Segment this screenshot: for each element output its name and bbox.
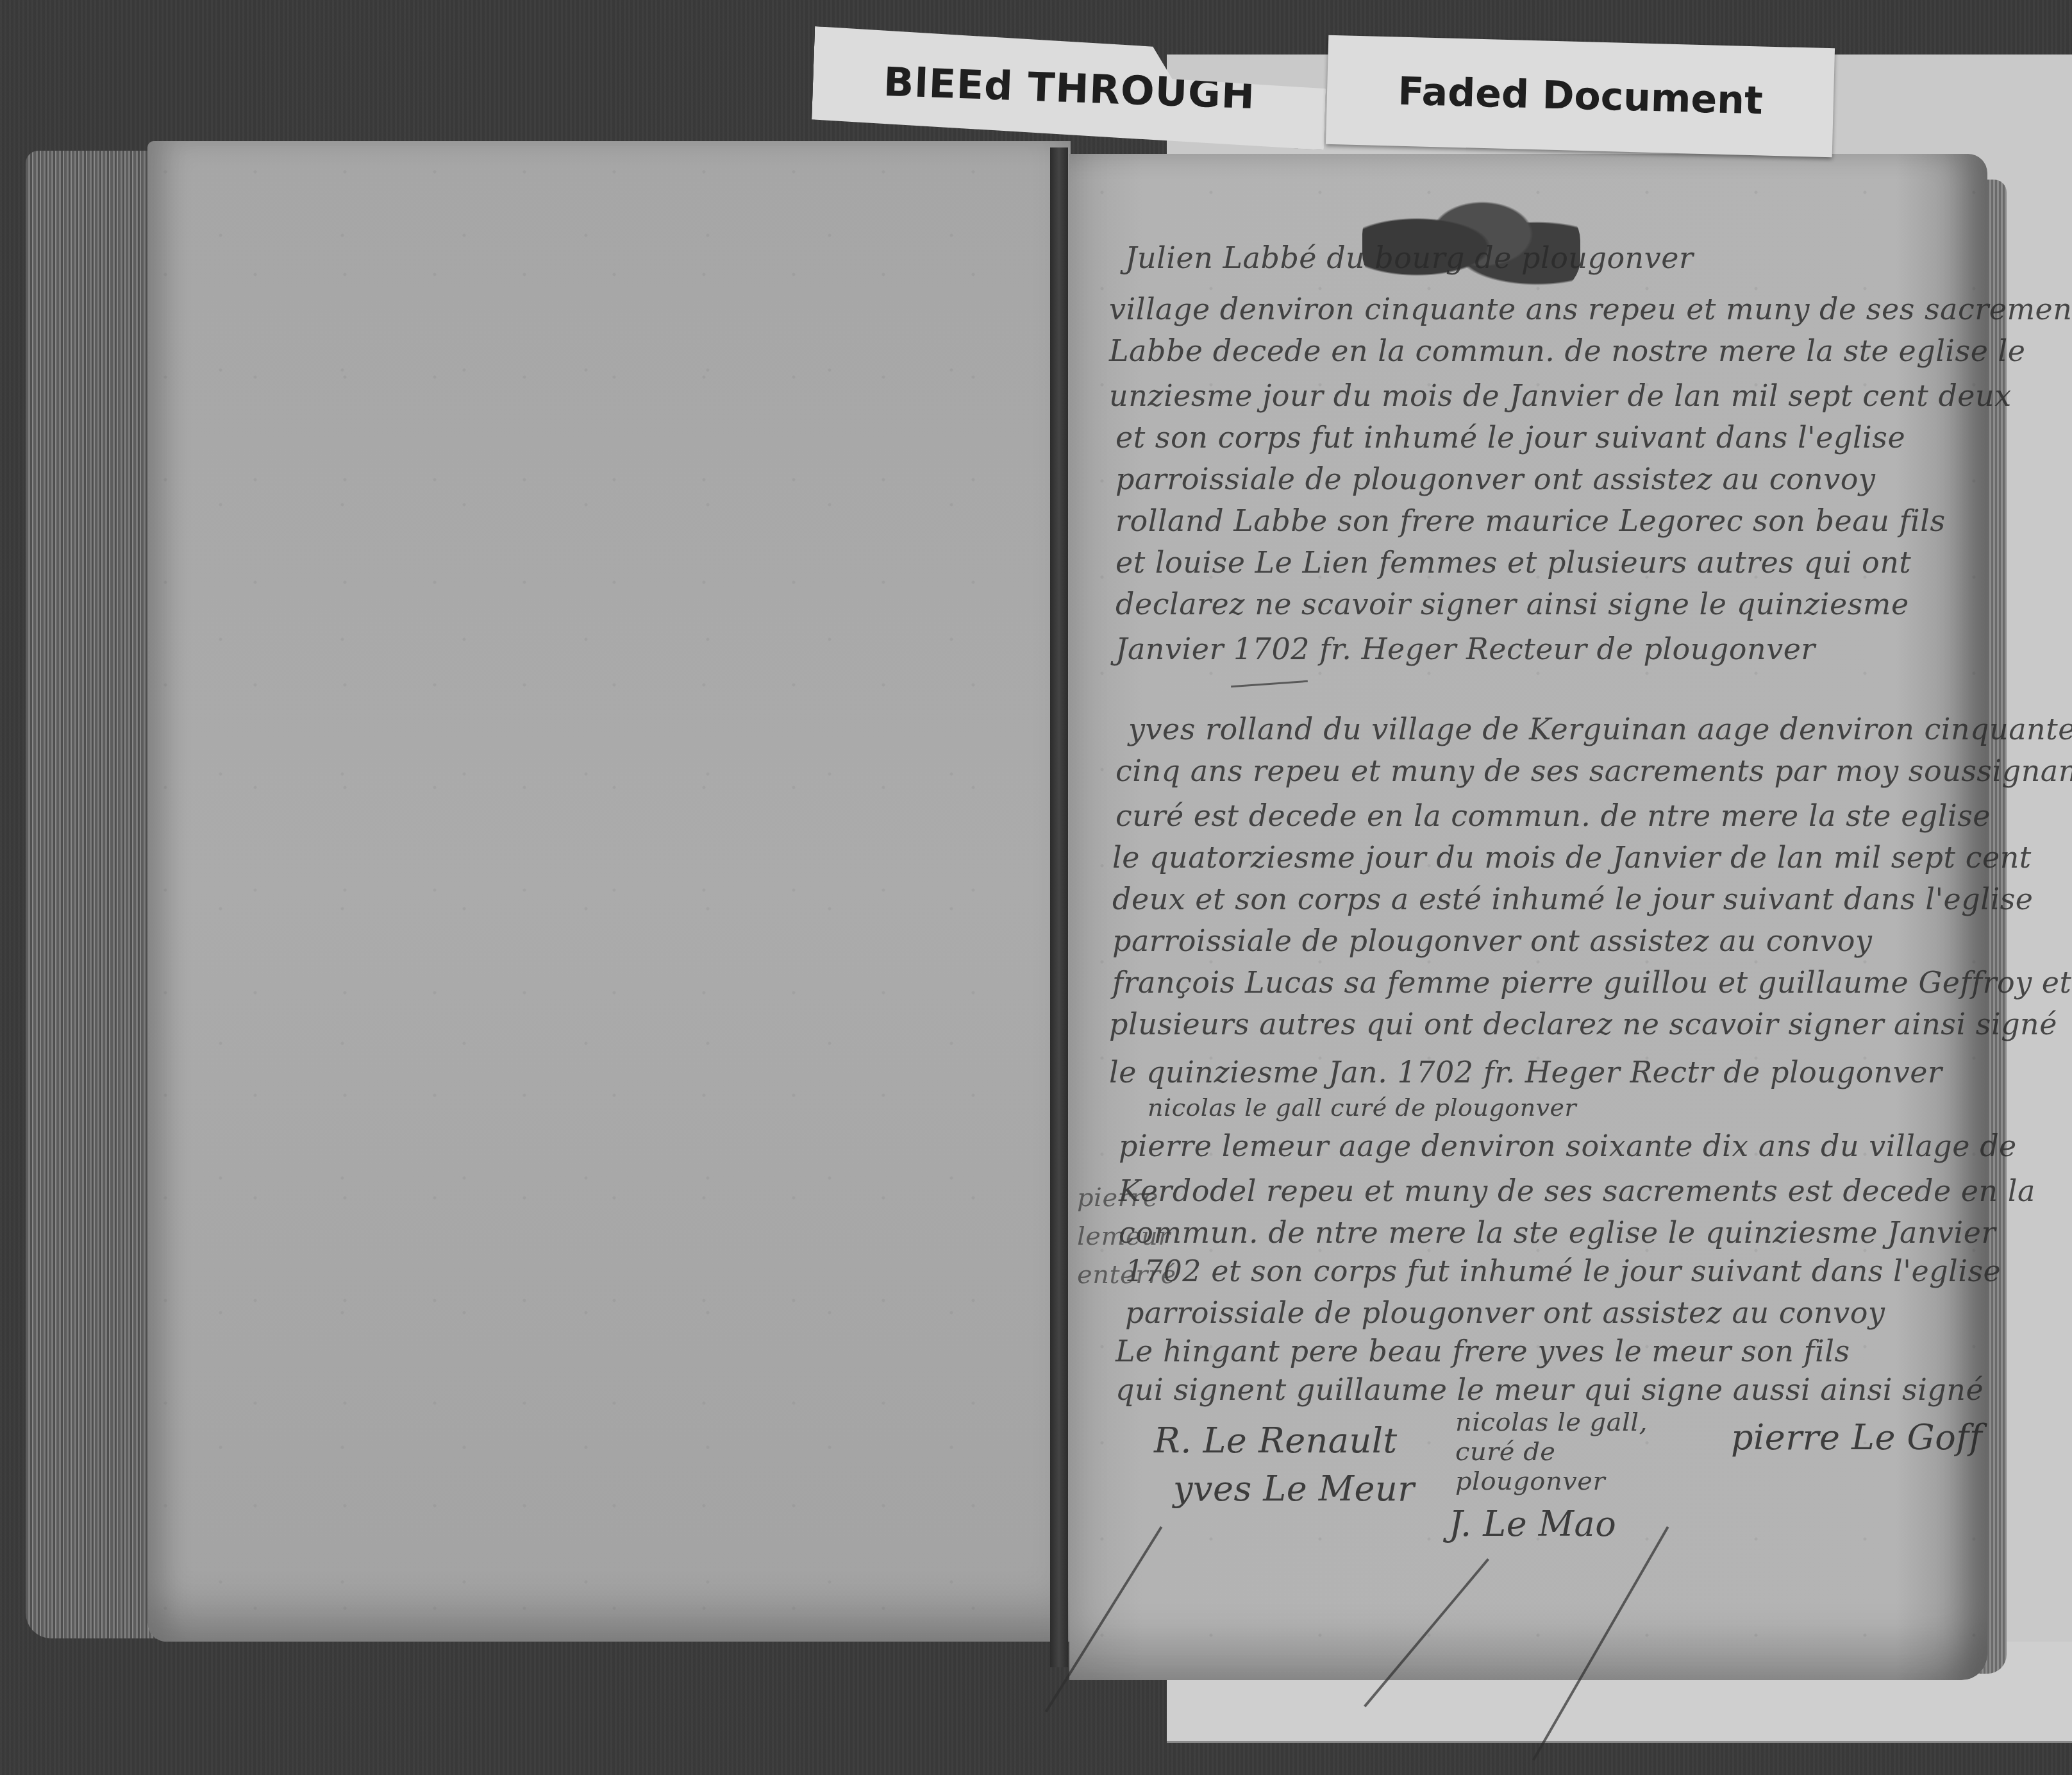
entry-line: Janvier 1702 fr. Heger Recteur de plougo… (1115, 632, 1816, 666)
entry-line: parroissiale de plougonver ont assistez … (1115, 462, 1875, 496)
signature: R. Le Renault (1154, 1420, 1398, 1461)
entry-line: deux et son corps a esté inhumé le jour … (1112, 882, 2033, 916)
left-page-blank (147, 141, 1071, 1642)
entry-line: rolland Labbe son frere maurice Legorec … (1115, 503, 1946, 538)
entry-line: le quinziesme Jan. 1702 fr. Heger Rectr … (1109, 1055, 1942, 1089)
entry-line: commun. de ntre mere la ste eglise le qu… (1119, 1215, 1996, 1250)
entry-line: nicolas le gall curé de plougonver (1148, 1093, 1576, 1122)
entry-line: qui signent guillaume le meur qui signe … (1115, 1372, 1984, 1407)
margin-note: pierre (1077, 1183, 1158, 1213)
faded-document-label: Faded Document (1326, 35, 1835, 158)
entry-line: yves rolland du village de Kerguinan aag… (1128, 712, 2072, 746)
entry-line: Julien Labbé du bourg de plougonver (1125, 240, 1693, 275)
entry-line: Le hingant pere beau frere yves le meur … (1115, 1334, 1850, 1368)
entry-line: 1702 et son corps fut inhumé le jour sui… (1125, 1254, 2001, 1288)
margin-note: enterré (1077, 1260, 1176, 1290)
entry-line: Kerdodel repeu et muny de ses sacrements… (1119, 1174, 2035, 1208)
signature: yves Le Meur (1173, 1468, 1415, 1509)
book-gutter (1050, 147, 1068, 1667)
entry-line: cinq ans repeu et muny de ses sacrements… (1115, 753, 2072, 788)
entry-line: village denviron cinquante ans repeu et … (1109, 292, 2072, 326)
entry-line: et son corps fut inhumé le jour suivant … (1115, 420, 1905, 455)
entry-line: et louise Le Lien femmes et plusieurs au… (1115, 545, 1911, 580)
signature: J. Le Mao (1449, 1504, 1616, 1544)
margin-note: lemeur (1077, 1222, 1171, 1251)
signature: pierre Le Goff (1731, 1417, 1982, 1458)
entry-line: unziesme jour du mois de Janvier de lan … (1109, 378, 2012, 413)
entry-line: le quatorziesme jour du mois de Janvier … (1112, 840, 2032, 875)
entry-line: plusieurs autres qui ont declarez ne sca… (1109, 1007, 2057, 1041)
entry-line: pierre lemeur aage denviron soixante dix… (1119, 1129, 2017, 1163)
signature: nicolas le gall, curé de plougonver (1455, 1408, 1686, 1496)
entry-line: curé est decede en la commun. de ntre me… (1115, 798, 1991, 833)
entry-line: françois Lucas sa femme pierre guillou e… (1112, 965, 2071, 1000)
entry-line: Labbe decede en la commun. de nostre mer… (1109, 333, 2025, 368)
entry-line: declarez ne scavoir signer ainsi signe l… (1115, 587, 1909, 621)
entry-line: parroissiale de plougonver ont assistez … (1125, 1295, 1885, 1330)
entry-line: parroissiale de plougonver ont assistez … (1112, 923, 1872, 958)
